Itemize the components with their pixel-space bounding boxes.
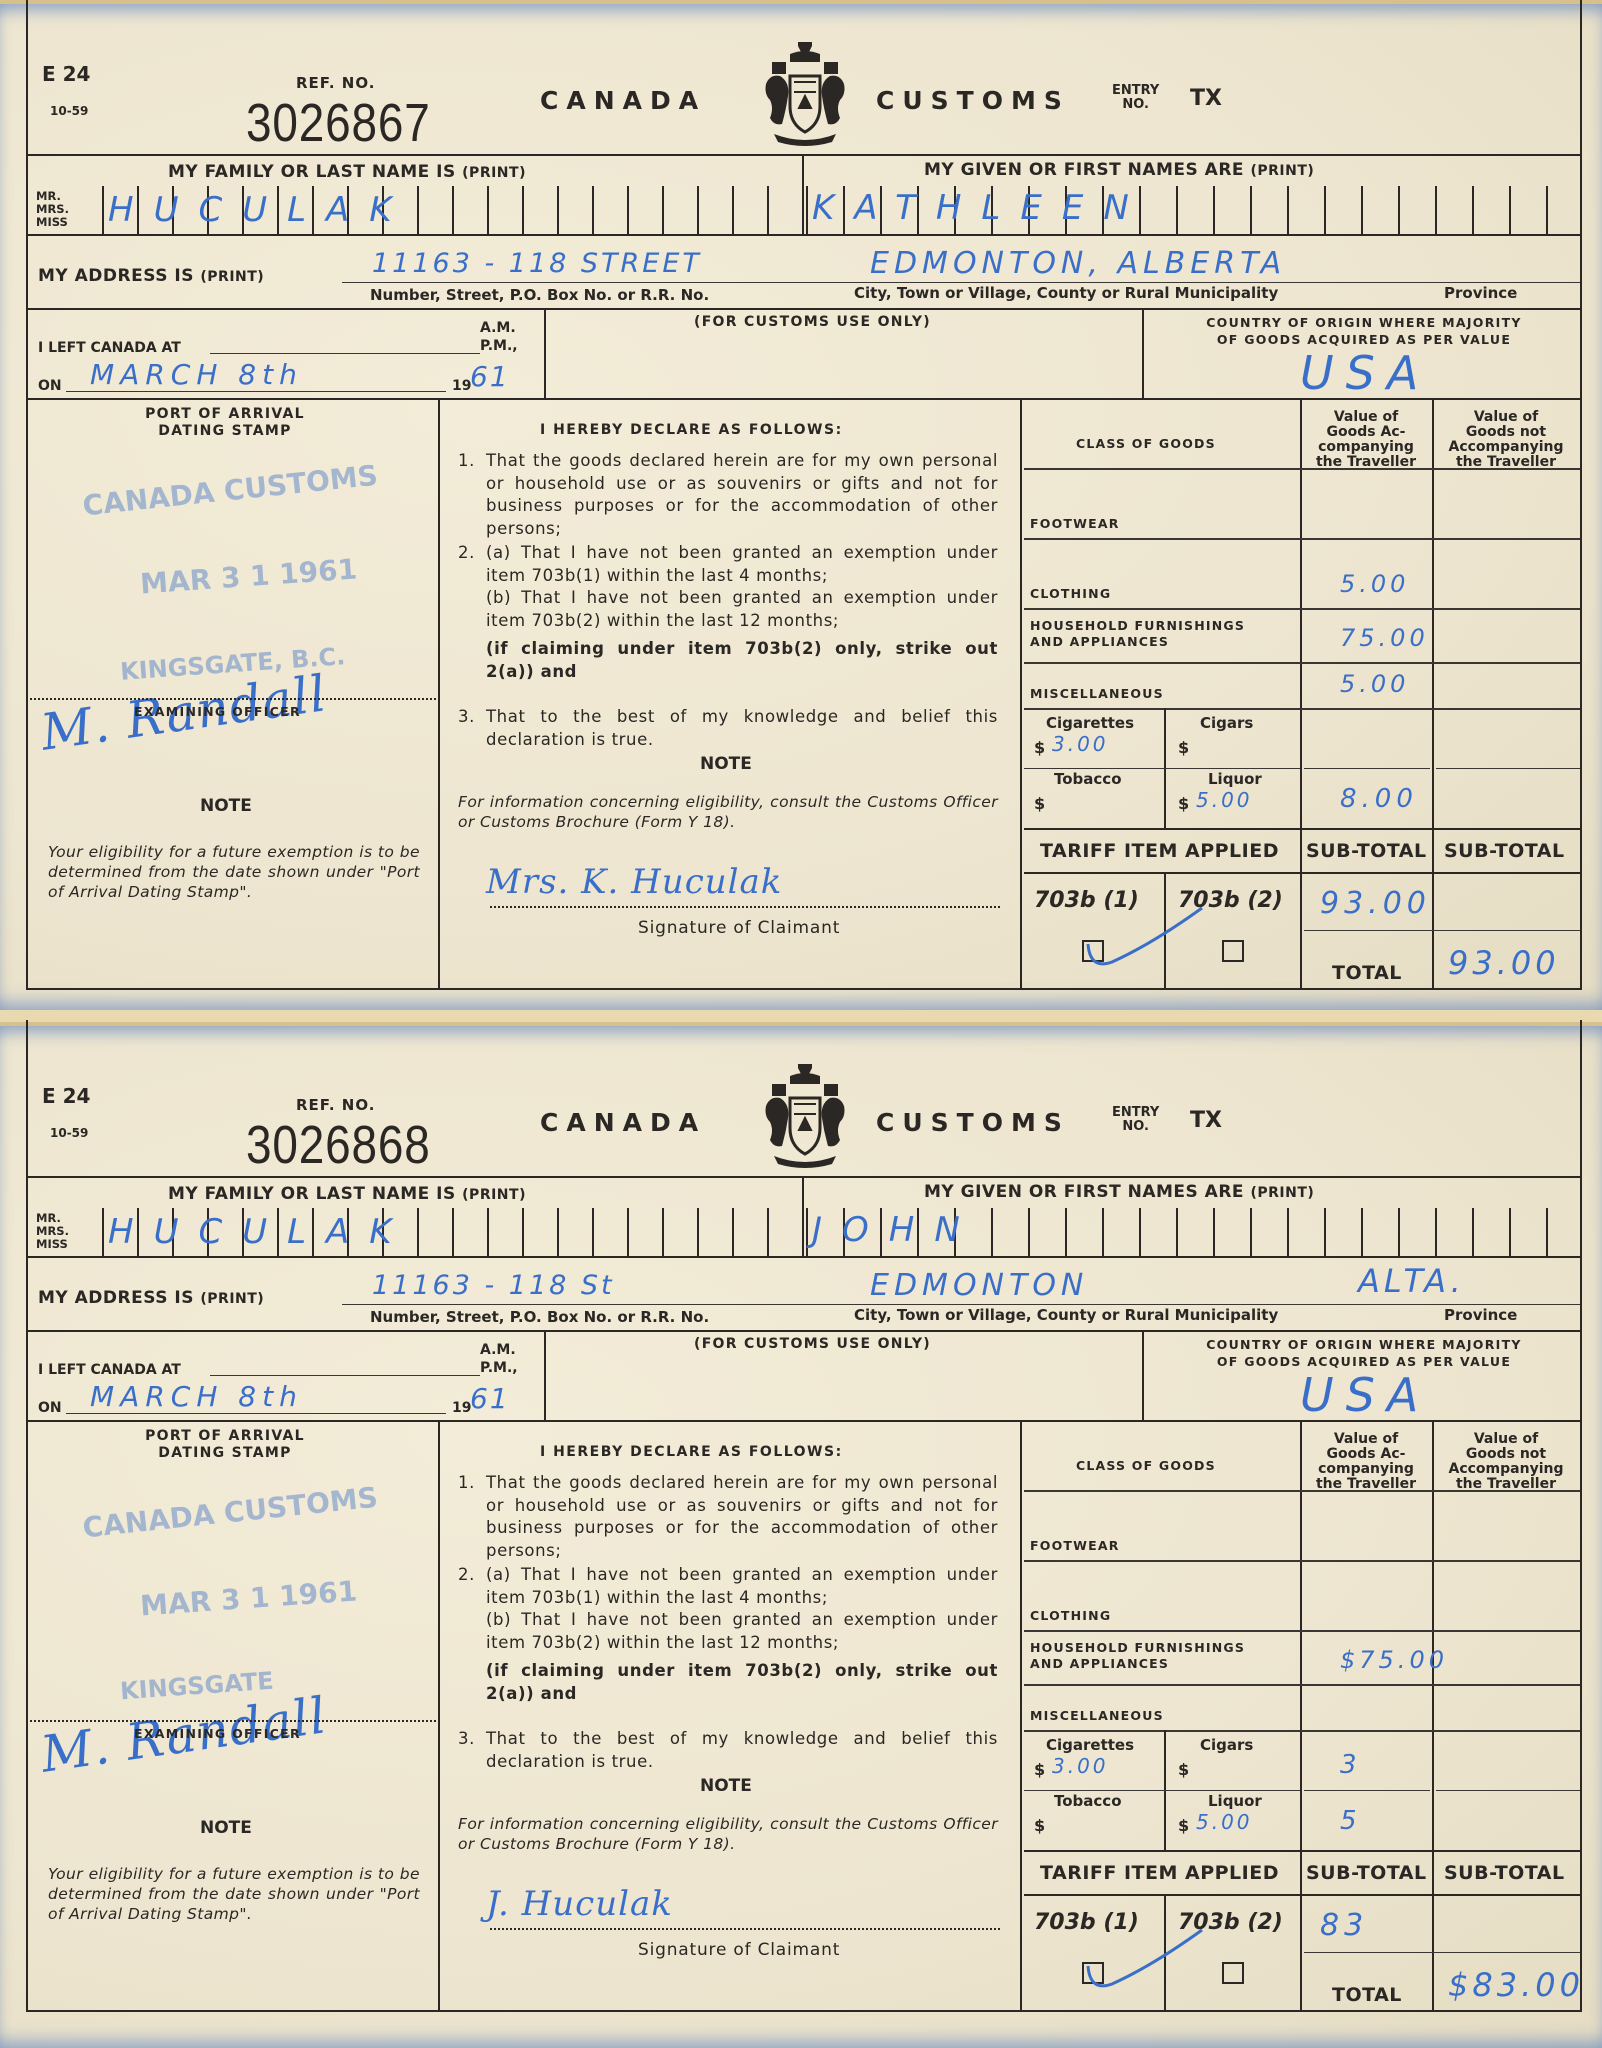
note-text-middle: For information concerning eligibility, …: [458, 1814, 998, 1854]
province-caption: Province: [1444, 284, 1517, 302]
divider: [1024, 662, 1580, 664]
year-value[interactable]: 61: [470, 1382, 510, 1415]
claimant-caption: Signature of Claimant: [638, 918, 840, 938]
address-label-text: MY ADDRESS IS: [38, 266, 194, 286]
char-box-divider: [802, 186, 804, 234]
tob-liquor-accompanying-value[interactable]: 8.00: [1340, 784, 1418, 814]
entry-no-label: ENTRY NO.: [1112, 1106, 1159, 1134]
char-box-divider: [1324, 186, 1326, 234]
declaration-item-1: 1. That the goods declared herein are fo…: [458, 450, 998, 540]
port-of-arrival-label: PORT OF ARRIVAL DATING STAMP: [60, 406, 390, 440]
cigarettes-label: Cigarettes: [1046, 1736, 1134, 1754]
form-date: 10-59: [50, 104, 88, 118]
declaration-text-2b: (b) That I have not been granted an exem…: [486, 587, 998, 632]
divider: [1024, 538, 1580, 540]
declaration-heading: I HEREBY DECLARE AS FOLLOWS:: [540, 1444, 843, 1460]
divider: [28, 1256, 1580, 1258]
tobacco-label: Tobacco: [1054, 770, 1122, 788]
divider: [28, 1176, 1580, 1178]
am-label: A.M.: [480, 1342, 516, 1358]
char-box-divider: [806, 1208, 808, 1256]
customs-use-label: (FOR CUSTOMS USE ONLY): [694, 1336, 931, 1352]
no-label: NO.: [1112, 98, 1159, 112]
given-name-label: MY GIVEN OR FIRST NAMES ARE (PRINT): [924, 1182, 1314, 1202]
entry-no-value: TX: [1190, 1108, 1222, 1133]
claimant-signature-line: [490, 1928, 1000, 1930]
last-name-label-text: MY FAMILY OR LAST NAME IS: [168, 162, 456, 182]
declaration-text-1: That the goods declared herein are for m…: [486, 450, 998, 540]
char-box-divider: [802, 1208, 804, 1256]
tariff-2-checkbox[interactable]: [1222, 940, 1244, 962]
char-box-divider: [102, 186, 104, 234]
char-box-divider: [557, 186, 559, 234]
goods-row-label: CLOTHING: [1030, 1608, 1260, 1624]
tobacco-label: Tobacco: [1054, 1792, 1122, 1810]
last-name-label: MY FAMILY OR LAST NAME IS (PRINT): [168, 1184, 526, 1204]
divider: [1024, 708, 1580, 710]
print-note: (PRINT): [200, 1291, 264, 1307]
liquor-label: Liquor: [1208, 770, 1262, 788]
coat-of-arms-icon: [760, 36, 850, 151]
divider: [28, 1330, 1580, 1332]
col-not-accompanying-header: Value ofGoods notAccompanyingthe Travell…: [1436, 1432, 1576, 1492]
subtotal-not-accompanying-label: SUB-TOTAL: [1444, 1862, 1565, 1884]
char-box-divider: [1287, 186, 1289, 234]
origin-value[interactable]: USA: [1300, 346, 1430, 400]
divider: [28, 234, 1580, 236]
coat-of-arms-icon: [760, 1058, 850, 1173]
pm-label: P.M.,: [480, 338, 518, 354]
street-caption: Number, Street, P.O. Box No. or R.R. No.: [370, 1308, 709, 1326]
char-box-divider: [732, 186, 734, 234]
claimant-signature-line: [490, 906, 1000, 908]
cigarettes-value[interactable]: 3.00: [1052, 732, 1109, 756]
cigars-label: Cigars: [1200, 1736, 1253, 1754]
cigars-label: Cigars: [1200, 714, 1253, 732]
customs-use-label: (FOR CUSTOMS USE ONLY): [694, 314, 931, 330]
last-name-value: HUCULAK: [108, 1212, 412, 1252]
total-label: TOTAL: [1332, 962, 1402, 984]
char-box-divider: [1324, 1208, 1326, 1256]
tobacco-currency: $: [1034, 1816, 1045, 1835]
char-box-divider: [732, 1208, 734, 1256]
declaration-text-2-strike: (if claiming under item 703b(2) only, st…: [486, 1660, 998, 1705]
char-box-divider: [102, 1208, 104, 1256]
given-name-value: KATHLEEN: [812, 188, 1149, 228]
print-note: (PRINT): [1250, 1185, 1314, 1201]
divider: [28, 1420, 1580, 1422]
examining-officer-label: EXAMINING OFFICER: [134, 1726, 301, 1741]
cigars-currency: $: [1178, 1760, 1189, 1779]
port-label-line1: PORT OF ARRIVAL: [60, 1428, 390, 1445]
total-value[interactable]: $83.00: [1448, 1966, 1584, 2004]
note-title-middle: NOTE: [700, 1776, 752, 1796]
province-caption: Province: [1444, 1306, 1517, 1324]
char-box-divider: [697, 186, 699, 234]
item-number: 2.: [458, 1564, 475, 1587]
divider: [1024, 1790, 1300, 1791]
origin-label: COUNTRY OF ORIGIN WHERE MAJORITY OF GOOD…: [1164, 1336, 1564, 1370]
subtotal-accompanying-value[interactable]: 83: [1320, 1908, 1368, 1943]
checkmark-icon: [1080, 1926, 1210, 1996]
char-box-divider: [417, 186, 419, 234]
port-label-line1: PORT OF ARRIVAL: [60, 406, 390, 423]
divider: [544, 308, 546, 398]
total-label: TOTAL: [1332, 1984, 1402, 2006]
divider: [1432, 1420, 1434, 2012]
origin-label-line1: COUNTRY OF ORIGIN WHERE MAJORITY: [1164, 314, 1564, 331]
cigars-currency: $: [1178, 738, 1189, 757]
claimant-signature[interactable]: Mrs. K. Huculak: [486, 862, 782, 902]
customs-form-2: E 24 10-59 REF. NO. 3026868 CANADA CUSTO…: [0, 1022, 1602, 2048]
char-box-divider: [1361, 186, 1363, 234]
on-line: [66, 1413, 446, 1414]
liquor-currency: $: [1178, 1816, 1189, 1835]
declaration-item-3: 3. That to the best of my knowledge and …: [458, 1728, 998, 1773]
cigarettes-value[interactable]: 3.00: [1052, 1754, 1109, 1778]
divider: [28, 308, 1580, 310]
class-of-goods-header: CLASS OF GOODS: [1076, 1458, 1216, 1473]
goods-row-accompanying-value[interactable]: 5.00: [1340, 570, 1409, 598]
subtotal-accompanying-label: SUB-TOTAL: [1306, 1862, 1427, 1884]
checkmark-icon: [1080, 904, 1210, 974]
char-box-divider: [806, 186, 808, 234]
char-box-divider: [522, 186, 524, 234]
item-number: 1.: [458, 1472, 475, 1495]
divider: [1024, 1894, 1580, 1896]
tobacco-currency: $: [1034, 794, 1045, 813]
char-box-divider: [487, 1208, 489, 1256]
title-customs: CUSTOMS: [876, 1108, 1070, 1137]
city-caption: City, Town or Village, County or Rural M…: [854, 284, 1278, 302]
goods-row-label: MISCELLANEOUS: [1030, 1708, 1260, 1724]
address-label: MY ADDRESS IS (PRINT): [38, 1288, 264, 1308]
char-box-divider: [1546, 186, 1548, 234]
note-text-middle: For information concerning eligibility, …: [458, 792, 998, 832]
char-box-divider: [1102, 1208, 1104, 1256]
liquor-label: Liquor: [1208, 1792, 1262, 1810]
ref-no-value: 3026867: [246, 92, 431, 154]
char-box-divider: [1176, 186, 1178, 234]
claimant-signature[interactable]: J. Huculak: [486, 1884, 673, 1924]
liquor-currency: $: [1178, 794, 1189, 813]
divider: [1300, 1420, 1302, 2012]
char-box-divider: [1398, 186, 1400, 234]
declaration-item-2: 2. (a) That I have not been granted an e…: [458, 1564, 998, 1705]
declaration-heading: I HEREBY DECLARE AS FOLLOWS:: [540, 422, 843, 438]
customs-form-1: E 24 10-59 REF. NO. 3026867 CANADA CUSTO…: [0, 0, 1602, 1010]
address-underline: [342, 1304, 1580, 1305]
goods-row-label: HOUSEHOLD FURNISHINGS AND APPLIANCES: [1030, 1640, 1260, 1672]
left-canada-label: I LEFT CANADA AT: [38, 1362, 181, 1378]
col-accompanying-header: Value ofGoods Ac-companyingthe Traveller: [1302, 1432, 1430, 1492]
note-text-left: Your eligibility for a future exemption …: [48, 1864, 420, 1924]
divider: [438, 398, 440, 990]
goods-row-accompanying-value[interactable]: 5.00: [1340, 670, 1409, 698]
note-title-middle: NOTE: [700, 754, 752, 774]
tariff-2-checkbox[interactable]: [1222, 1962, 1244, 1984]
char-box-divider: [1509, 186, 1511, 234]
divider: [1020, 398, 1022, 990]
declaration-text-2-strike: (if claiming under item 703b(2) only, st…: [486, 638, 998, 683]
port-of-arrival-label: PORT OF ARRIVAL DATING STAMP: [60, 1428, 390, 1462]
char-box-divider: [452, 186, 454, 234]
on-label: ON: [38, 378, 62, 394]
on-line: [66, 391, 446, 392]
char-box-divider: [662, 186, 664, 234]
print-note: (PRINT): [200, 269, 264, 285]
goods-row-label: FOOTWEAR: [1030, 516, 1260, 532]
char-box-divider: [1435, 186, 1437, 234]
divider: [1024, 768, 1300, 769]
form-code: E 24: [42, 1084, 90, 1108]
goods-row-label: HOUSEHOLD FURNISHINGS AND APPLIANCES: [1030, 618, 1260, 650]
divider: [1300, 398, 1302, 990]
cig-cigars-accompanying-value[interactable]: 3: [1340, 1750, 1363, 1780]
last-name-label: MY FAMILY OR LAST NAME IS (PRINT): [168, 162, 526, 182]
port-label-line2: DATING STAMP: [60, 423, 390, 440]
divider: [1436, 768, 1580, 769]
note-text-left: Your eligibility for a future exemption …: [48, 842, 420, 902]
divider: [1304, 1952, 1580, 1953]
char-box-divider: [767, 1208, 769, 1256]
declaration-text-3: That to the best of my knowledge and bel…: [486, 706, 998, 751]
cigarettes-currency: $: [1034, 1760, 1045, 1779]
subtotal-accompanying-label: SUB-TOTAL: [1306, 840, 1427, 862]
liquor-value[interactable]: 5.00: [1196, 788, 1253, 812]
address-underline: [342, 282, 1580, 283]
title-customs: CUSTOMS: [876, 86, 1070, 115]
char-box-divider: [1250, 186, 1252, 234]
divider: [1020, 1420, 1022, 2012]
divider: [1142, 1330, 1144, 1420]
form-code: E 24: [42, 62, 90, 86]
declaration-text-3: That to the best of my knowledge and bel…: [486, 1728, 998, 1773]
address-label-text: MY ADDRESS IS: [38, 1288, 194, 1308]
address-city-value[interactable]: EDMONTON: [870, 1268, 1088, 1303]
print-note: (PRINT): [462, 165, 526, 181]
char-box-divider: [1361, 1208, 1363, 1256]
no-label: NO.: [1112, 1120, 1159, 1134]
address-street-value[interactable]: 11163 - 118 St: [372, 1270, 615, 1301]
ref-no-label: REF. NO.: [296, 1096, 375, 1114]
divider: [1436, 1790, 1580, 1791]
divider: [1024, 1730, 1580, 1732]
divider: [1024, 1630, 1580, 1632]
entry-no-label: ENTRY NO.: [1112, 84, 1159, 112]
divider: [1024, 1684, 1580, 1686]
title-options: MR. MRS. MISS: [36, 190, 69, 229]
cigarettes-label: Cigarettes: [1046, 714, 1134, 732]
last-name-value: HUCULAK: [108, 190, 412, 230]
goods-row-accompanying-value[interactable]: 75.00: [1340, 624, 1429, 652]
year-prefix: 19: [452, 378, 471, 394]
divider: [1024, 468, 1580, 470]
char-box-divider: [627, 186, 629, 234]
declaration-text-2a: (a) That I have not been granted an exem…: [486, 1564, 998, 1609]
last-name-label-text: MY FAMILY OR LAST NAME IS: [168, 1184, 456, 1204]
origin-label: COUNTRY OF ORIGIN WHERE MAJORITY OF GOOD…: [1164, 314, 1564, 348]
char-box-divider: [1028, 1208, 1030, 1256]
goods-row-label: CLOTHING: [1030, 586, 1260, 602]
char-box-divider: [767, 186, 769, 234]
left-canada-line: [210, 353, 480, 354]
divider: [28, 398, 1580, 400]
divider: [1024, 608, 1580, 610]
title-miss[interactable]: MISS: [36, 216, 69, 229]
origin-label-line1: COUNTRY OF ORIGIN WHERE MAJORITY: [1164, 1336, 1564, 1353]
declaration-text-2a: (a) That I have not been granted an exem…: [486, 542, 998, 587]
divider: [1304, 1790, 1430, 1791]
char-box-divider: [1213, 186, 1215, 234]
city-caption: City, Town or Village, County or Rural M…: [854, 1306, 1278, 1324]
char-box-divider: [697, 1208, 699, 1256]
divider: [544, 1330, 546, 1420]
ref-no-value: 3026868: [246, 1114, 431, 1176]
title-canada: CANADA: [540, 86, 706, 115]
declaration-item-3: 3. That to the best of my knowledge and …: [458, 706, 998, 751]
goods-row-label: FOOTWEAR: [1030, 1538, 1260, 1554]
entry-label: ENTRY: [1112, 84, 1159, 98]
char-box-divider: [991, 1208, 993, 1256]
tariff-item-label: TARIFF ITEM APPLIED: [1040, 1862, 1279, 1884]
officer-signature-line: [30, 1720, 436, 1722]
char-box-divider: [452, 1208, 454, 1256]
char-box-divider: [1250, 1208, 1252, 1256]
divider: [1024, 1560, 1580, 1562]
print-note: (PRINT): [1250, 163, 1314, 179]
form-date: 10-59: [50, 1126, 88, 1140]
item-number: 1.: [458, 450, 475, 473]
char-box-divider: [1546, 1208, 1548, 1256]
entry-label: ENTRY: [1112, 1106, 1159, 1120]
char-box-divider: [1472, 1208, 1474, 1256]
year-prefix: 19: [452, 1400, 471, 1416]
note-title-left: NOTE: [200, 796, 252, 816]
col-accompanying-header: Value ofGoods Ac-companyingthe Traveller: [1302, 410, 1430, 470]
item-number: 2.: [458, 542, 475, 565]
address-street-value[interactable]: 11163 - 118 STREET: [372, 248, 702, 279]
divider: [1024, 872, 1580, 874]
char-box-divider: [1435, 1208, 1437, 1256]
declaration-text-2b: (b) That I have not been granted an exem…: [486, 1609, 998, 1654]
declaration-text-1: That the goods declared herein are for m…: [486, 1472, 998, 1562]
tariff-item-label: TARIFF ITEM APPLIED: [1040, 840, 1279, 862]
given-name-label-text: MY GIVEN OR FIRST NAMES ARE: [924, 160, 1244, 180]
char-box-divider: [592, 186, 594, 234]
goods-row-accompanying-value[interactable]: $75.00: [1340, 1646, 1448, 1674]
char-box-divider: [627, 1208, 629, 1256]
col-not-accompanying-header: Value ofGoods notAccompanyingthe Travell…: [1436, 410, 1576, 470]
char-box-divider: [1176, 1208, 1178, 1256]
print-note: (PRINT): [462, 1187, 526, 1203]
divider: [1304, 930, 1580, 931]
divider: [1142, 308, 1144, 398]
liquor-value[interactable]: 5.00: [1196, 1810, 1253, 1834]
char-box-divider: [417, 1208, 419, 1256]
on-label: ON: [38, 1400, 62, 1416]
divider: [1432, 398, 1434, 990]
given-name-label: MY GIVEN OR FIRST NAMES ARE (PRINT): [924, 160, 1314, 180]
examining-officer-label: EXAMINING OFFICER: [134, 704, 301, 719]
goods-row-label: MISCELLANEOUS: [1030, 686, 1260, 702]
address-label: MY ADDRESS IS (PRINT): [38, 266, 264, 286]
declaration-item-1: 1. That the goods declared herein are fo…: [458, 1472, 998, 1562]
divider: [28, 154, 1580, 156]
note-title-left: NOTE: [200, 1818, 252, 1838]
subtotal-accompanying-value[interactable]: 93.00: [1320, 886, 1431, 921]
am-label: A.M.: [480, 320, 516, 336]
char-box-divider: [1065, 1208, 1067, 1256]
divider: [438, 1420, 440, 2012]
street-caption: Number, Street, P.O. Box No. or R.R. No.: [370, 286, 709, 304]
cigarettes-currency: $: [1034, 738, 1045, 757]
departure-date-value[interactable]: MARCH 8th: [90, 358, 303, 391]
char-box-divider: [592, 1208, 594, 1256]
divider: [1024, 1850, 1580, 1852]
total-value[interactable]: 93.00: [1448, 944, 1560, 982]
divider: [1024, 1490, 1580, 1492]
port-label-line2: DATING STAMP: [60, 1445, 390, 1462]
title-canada: CANADA: [540, 1108, 706, 1137]
departure-date-value[interactable]: MARCH 8th: [90, 1380, 303, 1413]
declaration-item-2: 2. (a) That I have not been granted an e…: [458, 542, 998, 683]
item-number: 3.: [458, 706, 475, 729]
left-canada-label: I LEFT CANADA AT: [38, 340, 181, 356]
char-box-divider: [557, 1208, 559, 1256]
claimant-caption: Signature of Claimant: [638, 1940, 840, 1960]
char-box-divider: [1139, 1208, 1141, 1256]
tob-liquor-accompanying-value[interactable]: 5: [1340, 1806, 1362, 1836]
origin-value[interactable]: USA: [1300, 1368, 1430, 1422]
divider: [1024, 828, 1580, 830]
item-number: 3.: [458, 1728, 475, 1751]
given-name-value: JOHN: [812, 1210, 980, 1250]
given-name-label-text: MY GIVEN OR FIRST NAMES ARE: [924, 1182, 1244, 1202]
class-of-goods-header: CLASS OF GOODS: [1076, 436, 1216, 451]
title-options: MR. MRS. MISS: [36, 1212, 69, 1251]
char-box-divider: [1472, 186, 1474, 234]
address-city-value[interactable]: EDMONTON, ALBERTA: [870, 246, 1286, 281]
subtotal-not-accompanying-label: SUB-TOTAL: [1444, 840, 1565, 862]
pm-label: P.M.,: [480, 1360, 518, 1376]
entry-no-value: TX: [1190, 86, 1222, 111]
year-value[interactable]: 61: [470, 360, 510, 393]
title-miss[interactable]: MISS: [36, 1238, 69, 1251]
divider: [1304, 768, 1430, 769]
char-box-divider: [1213, 1208, 1215, 1256]
char-box-divider: [487, 186, 489, 234]
left-canada-line: [210, 1375, 480, 1376]
officer-signature-line: [30, 698, 436, 700]
address-province-value[interactable]: ALTA.: [1358, 1262, 1465, 1300]
char-box-divider: [662, 1208, 664, 1256]
char-box-divider: [1287, 1208, 1289, 1256]
ref-no-label: REF. NO.: [296, 74, 375, 92]
char-box-divider: [522, 1208, 524, 1256]
char-box-divider: [1509, 1208, 1511, 1256]
char-box-divider: [1398, 1208, 1400, 1256]
